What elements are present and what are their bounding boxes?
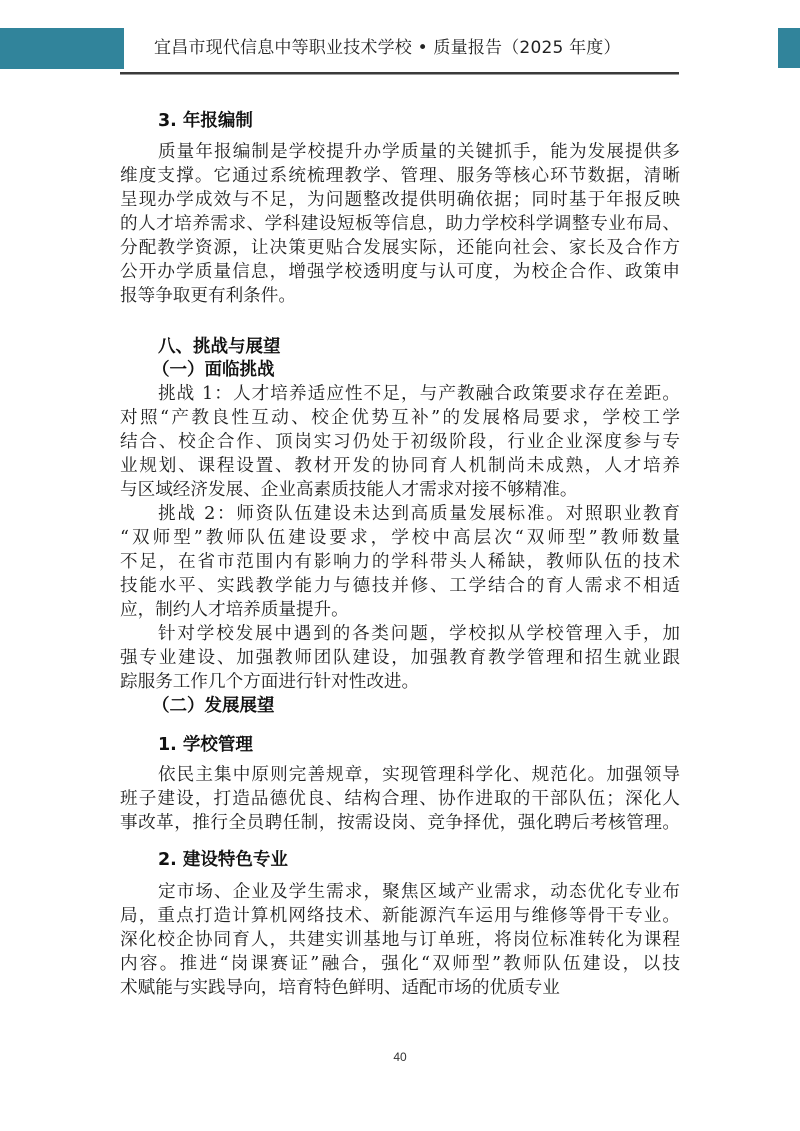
running-header-title: 宜昌市现代信息中等职业技术学校 • 质量报告（2025 年度） — [154, 37, 621, 59]
page-number: 40 — [390, 1050, 410, 1064]
paragraph-line: 的人才培养需求、学科建设短板等信息，助力学校科学调整专业布局、 — [120, 212, 680, 236]
chapter-heading-challenges-outlook: 八、挑战与展望 — [158, 335, 281, 359]
paragraph-line: 应，制约人才培养质量提升。 — [120, 598, 680, 622]
paragraph-line: 踪服务工作几个方面进行针对性改进。 — [120, 670, 680, 694]
paragraph-line: 不足，在省市范围内有影响力的学科带头人稀缺，教师队伍的技术 — [120, 550, 680, 574]
paragraph-line: 强专业建设、加强教师团队建设，加强教育教学管理和招生就业跟 — [120, 646, 680, 670]
section-heading-school-management: 1. 学校管理 — [158, 733, 253, 757]
paragraph-line: 术赋能与实践导向，培育特色鲜明、适配市场的优质专业 — [120, 976, 680, 1000]
paragraph-line: 技能水平、实践教学能力与德技并修、工学结合的育人需求不相适 — [120, 574, 680, 598]
paragraph-line: 分配教学资源，让决策更贴合发展实际，还能向社会、家长及合作方 — [120, 236, 680, 260]
paragraph-line: 定市场、企业及学生需求，聚焦区域产业需求，动态优化专业布 — [158, 880, 680, 904]
paragraph-line: 对照“产教良性互动、校企优势互补”的发展格局要求，学校工学 — [120, 406, 680, 430]
paragraph-line: 业规划、课程设置、教材开发的协同育人机制尚未成熟，人才培养 — [120, 454, 680, 478]
paragraph-line: “双师型”教师队伍建设要求，学校中高层次“双师型”教师数量 — [120, 526, 680, 550]
paragraph-line: 针对学校发展中遇到的各类问题，学校拟从学校管理入手，加 — [158, 622, 680, 646]
paragraph-line: 挑战 2：师资队伍建设未达到高质量发展标准。对照职业教育 — [158, 502, 680, 526]
paragraph-line: 维度支撑。它通过系统梳理教学、管理、服务等核心环节数据，清晰 — [120, 164, 680, 188]
subsection-heading-challenges: （一）面临挑战 — [152, 358, 275, 382]
section-heading-specialty-programs: 2. 建设特色专业 — [158, 848, 288, 872]
paragraph-line: 内容。推进“岗课赛证”融合，强化“双师型”教师队伍建设，以技 — [120, 952, 680, 976]
paragraph-line: 公开办学质量信息，增强学校透明度与认可度，为校企合作、政策申 — [120, 260, 680, 284]
section-heading-annual-report: 3. 年报编制 — [158, 109, 253, 133]
paragraph-line: 结合、校企合作、顶岗实习仍处于初级阶段，行业企业深度参与专 — [120, 430, 680, 454]
paragraph-line: 报等争取更有利条件。 — [120, 284, 680, 308]
subsection-heading-outlook: （二）发展展望 — [152, 694, 275, 718]
paragraph-line: 局，重点打造计算机网络技术、新能源汽车运用与维修等骨干专业。 — [120, 904, 680, 928]
header-accent-band-right — [778, 28, 800, 68]
paragraph-line: 依民主集中原则完善规章，实现管理科学化、规范化。加强领导 — [158, 763, 680, 787]
paragraph-line: 事改革，推行全员聘任制，按需设岗、竞争择优，强化聘后考核管理。 — [120, 811, 680, 835]
header-divider — [120, 72, 679, 75]
header-accent-band-left — [0, 28, 124, 69]
paragraph-line: 深化校企协同育人，共建实训基地与订单班，将岗位标准转化为课程 — [120, 928, 680, 952]
paragraph-line: 挑战 1：人才培养适应性不足，与产教融合政策要求存在差距。 — [158, 382, 680, 406]
paragraph-line: 与区域经济发展、企业高素质技能人才需求对接不够精准。 — [120, 478, 680, 502]
paragraph-line: 呈现办学成效与不足，为问题整改提供明确依据；同时基于年报反映 — [120, 188, 680, 212]
paragraph-line: 班子建设，打造品德优良、结构合理、协作进取的干部队伍；深化人 — [120, 787, 680, 811]
paragraph-line: 质量年报编制是学校提升办学质量的关键抓手，能为发展提供多 — [158, 140, 680, 164]
